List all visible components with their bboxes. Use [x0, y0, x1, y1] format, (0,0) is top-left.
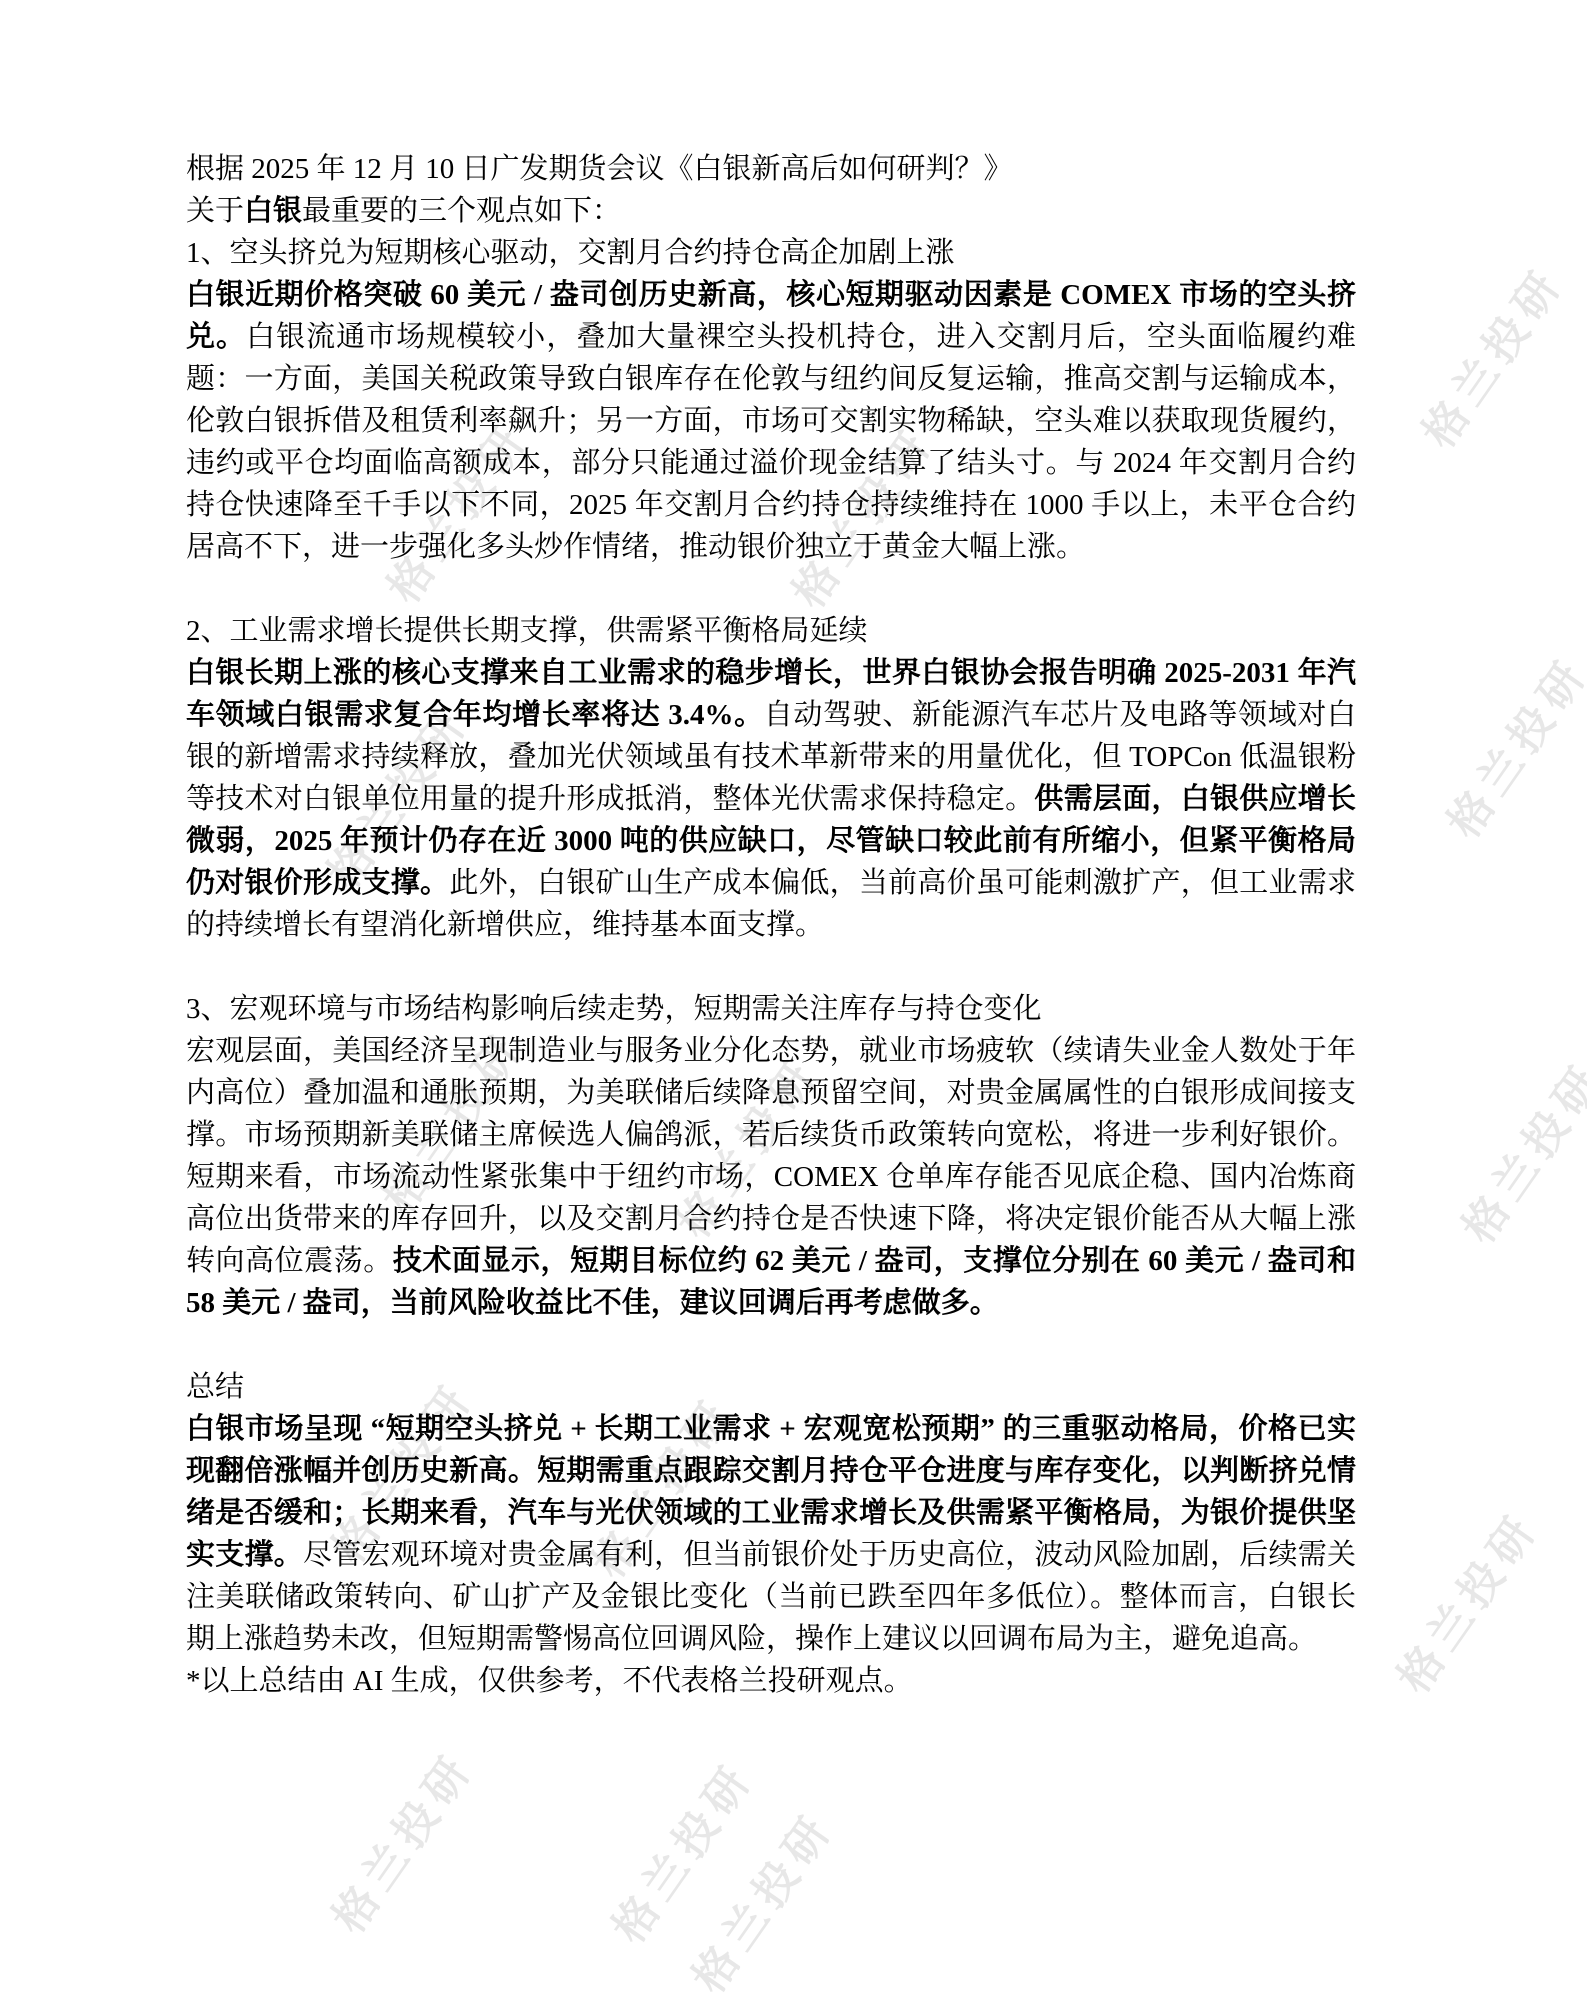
spacer	[186, 946, 1356, 988]
point-2-body: 白银长期上涨的核心支撑来自工业需求的稳步增长，世界白银协会报告明确 2025-2…	[186, 652, 1356, 946]
watermark-text: 格兰投研	[1429, 641, 1587, 848]
viewpoints-lead-line-bold-run: 白银	[244, 195, 302, 227]
document-body: 根据 2025 年 12 月 10 日广发期货会议《白银新高后如何研判？》关于白…	[186, 148, 1356, 1702]
document-page: 格兰投研格兰投研格兰投研格兰投研格兰投研格兰投研格兰投研格兰投研格兰投研格兰投研…	[0, 0, 1587, 2016]
summary-body: 白银市场呈现 “短期空头挤兑 + 长期工业需求 + 宏观宽松预期” 的三重驱动格…	[186, 1408, 1356, 1660]
spacer	[186, 568, 1356, 610]
intro-line: 根据 2025 年 12 月 10 日广发期货会议《白银新高后如何研判？》	[186, 148, 1356, 190]
watermark-text: 格兰投研	[1404, 251, 1576, 458]
watermark-text: 格兰投研	[314, 1736, 486, 1943]
summary-body-text-run: 尽管宏观环境对贵金属有利，但当前银价处于历史高位，波动风险加剧，后续需关注美联储…	[186, 1539, 1356, 1655]
point-2-heading: 2、工业需求增长提供长期支撑，供需紧平衡格局延续	[186, 610, 1356, 652]
point-1-body-text-run: 白银流通市场规模较小，叠加大量裸空头投机持仓，进入交割月后，空头面临履约难题：一…	[186, 321, 1356, 563]
point-3-body: 宏观层面，美国经济呈现制造业与服务业分化态势，就业市场疲软（续请失业金人数处于年…	[186, 1030, 1356, 1324]
viewpoints-lead-line-text-run: 最重要的三个观点如下：	[302, 195, 621, 227]
intro-line-text-run: 根据 2025 年 12 月 10 日广发期货会议《白银新高后如何研判？》	[186, 153, 1013, 185]
point-3-body-text-run: 宏观层面，美国经济呈现制造业与服务业分化态势，就业市场疲软（续请失业金人数处于年…	[186, 1035, 1356, 1277]
watermark-text: 格兰投研	[674, 1796, 846, 2003]
point-1-body: 白银近期价格突破 60 美元 / 盎司创历史新高，核心短期驱动因素是 COMEX…	[186, 274, 1356, 568]
ai-disclaimer: *以上总结由 AI 生成，仅供参考，不代表格兰投研观点。	[186, 1660, 1356, 1702]
summary-heading: 总结	[186, 1366, 1356, 1408]
viewpoints-lead-line-text-run: 关于	[186, 195, 244, 227]
point-1-heading: 1、空头挤兑为短期核心驱动，交割月合约持仓高企加剧上涨	[186, 232, 1356, 274]
watermark-text: 格兰投研	[1444, 1046, 1587, 1253]
watermark-text: 格兰投研	[594, 1746, 766, 1953]
ai-disclaimer-text-run: *以上总结由 AI 生成，仅供参考，不代表格兰投研观点。	[186, 1665, 913, 1697]
spacer	[186, 1324, 1356, 1366]
viewpoints-lead-line: 关于白银最重要的三个观点如下：	[186, 190, 1356, 232]
point-1-heading-text-run: 1、空头挤兑为短期核心驱动，交割月合约持仓高企加剧上涨	[186, 237, 955, 269]
watermark-text: 格兰投研	[1379, 1496, 1551, 1703]
point-3-heading: 3、宏观环境与市场结构影响后续走势，短期需关注库存与持仓变化	[186, 988, 1356, 1030]
summary-heading-text-run: 总结	[186, 1371, 244, 1403]
point-3-heading-text-run: 3、宏观环境与市场结构影响后续走势，短期需关注库存与持仓变化	[186, 993, 1042, 1025]
point-2-heading-text-run: 2、工业需求增长提供长期支撑，供需紧平衡格局延续	[186, 615, 868, 647]
